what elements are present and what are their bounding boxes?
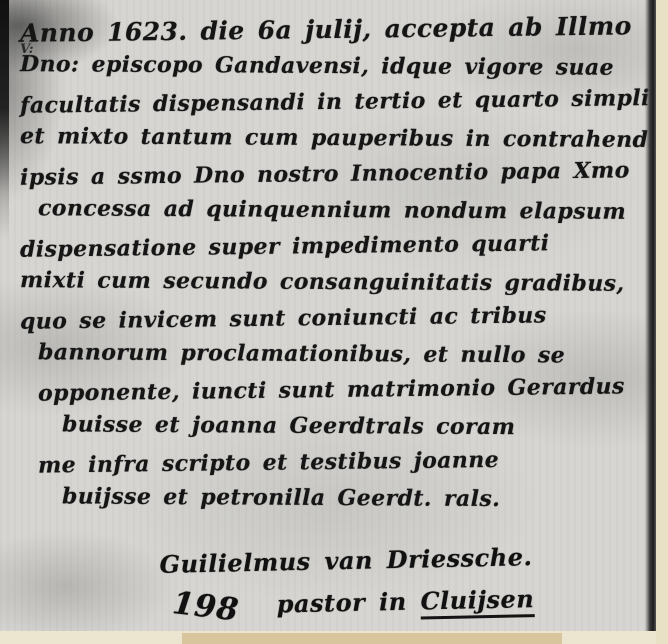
marginal-mark: V: <box>20 42 34 57</box>
manuscript-line: bannorum proclamationibus, et nullo se <box>20 334 640 374</box>
manuscript-line: me infra scripto et testibus joanne <box>20 440 640 484</box>
manuscript-line: dispensatione super impedimento quarti <box>20 224 640 268</box>
page-number: 198 <box>158 582 240 631</box>
manuscript-line: facultatis dispensandi in tertio et quar… <box>20 80 640 124</box>
pastor-prefix: pastor in <box>276 587 407 619</box>
manuscript-line: opponente, iuncti sunt matrimonio Gerard… <box>20 368 640 412</box>
scan-margin-bottom-tan <box>182 633 562 644</box>
manuscript-page: Anno 1623. die 6a julij, accepta ab Illm… <box>0 0 656 631</box>
manuscript-line: mixti cum secundo consanguinitatis gradi… <box>20 262 640 302</box>
page-edge-right <box>645 0 656 631</box>
manuscript-line: concessa ad quinquennium nondum elapsum <box>20 190 640 230</box>
manuscript-line: buijsse et petronilla Geerdt. rals. <box>20 478 640 518</box>
pastor-line: pastor in Cluijsen <box>276 579 534 624</box>
manuscript-line: et mixto tantum cum pauperibus in contra… <box>20 118 640 158</box>
manuscript-line: quo se invicem sunt coniuncti ac tribus <box>20 296 640 340</box>
manuscript-text: Anno 1623. die 6a julij, accepta ab Illm… <box>20 12 640 516</box>
signature-block: Guilielmus van Driessche. 198 pastor in … <box>159 535 631 627</box>
manuscript-line: buisse et joanna Geerdtrals coram <box>20 406 640 446</box>
pastor-place: Cluijsen <box>420 584 534 619</box>
binding-edge-left <box>0 0 9 240</box>
manuscript-line: Dno: episcopo Gandavensi, idque vigore s… <box>20 46 640 86</box>
manuscript-line: ipsis a ssmo Dno nostro Innocentio papa … <box>20 152 640 196</box>
signature-name: Guilielmus van Driessche. <box>159 535 630 585</box>
manuscript-line: Anno 1623. die 6a julij, accepta ab Illm… <box>20 8 640 52</box>
